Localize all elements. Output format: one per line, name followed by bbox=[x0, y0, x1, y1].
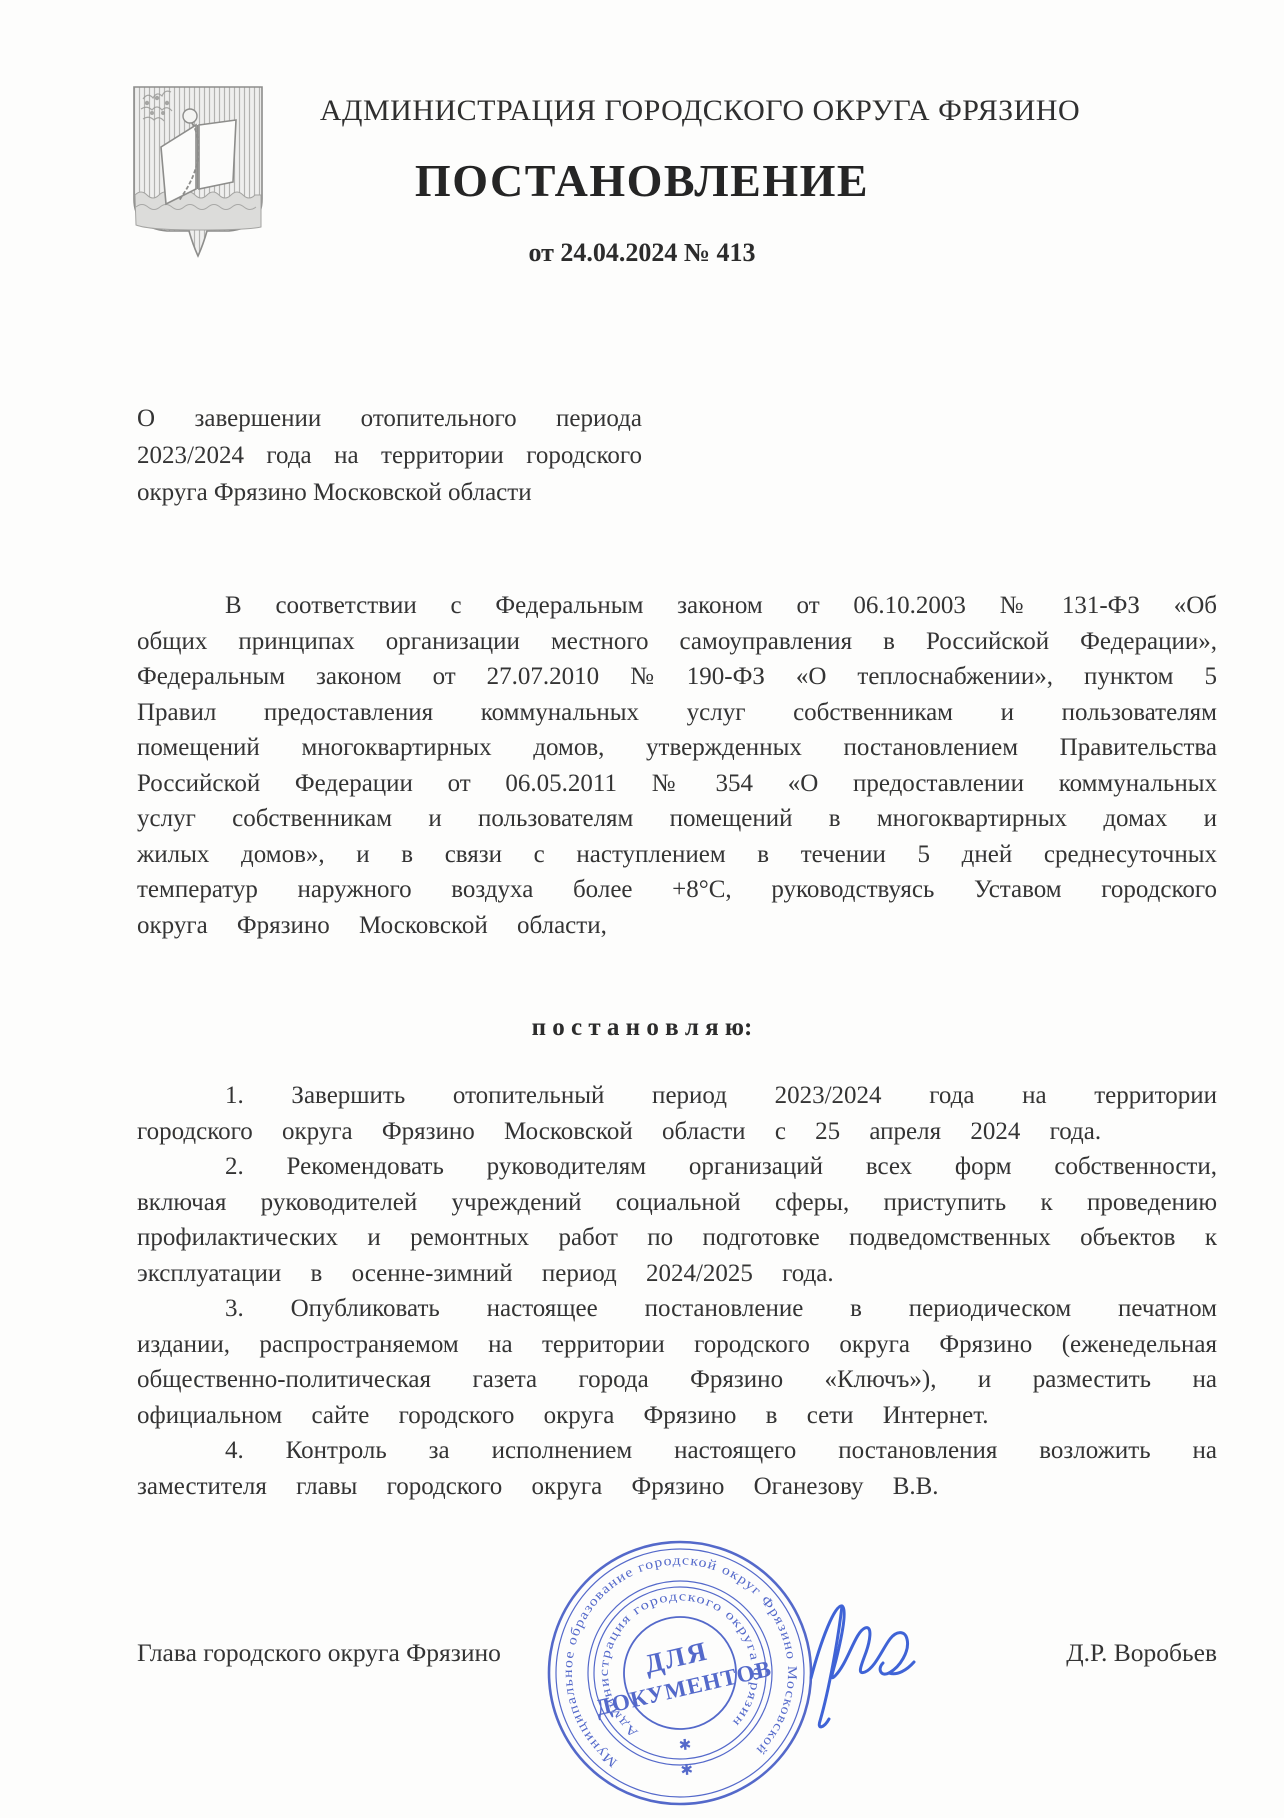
document-page: АДМИНИСТРАЦИЯ ГОРОДСКОГО ОКРУГА ФРЯЗИНО … bbox=[0, 0, 1284, 1818]
doc-date-number: от 24.04.2024 № 413 bbox=[0, 238, 1284, 268]
resolution-item-1: 1. Завершить отопительный период 2023/20… bbox=[137, 1078, 1217, 1149]
resolution-item-4: 4. Контроль за исполнением настоящего по… bbox=[137, 1433, 1217, 1504]
handwritten-signature bbox=[793, 1578, 943, 1748]
doc-subject: О завершении отопительного периода 2023/… bbox=[137, 400, 642, 511]
stamp-star-outer: ✱ bbox=[680, 1762, 694, 1779]
doc-type-title: ПОСТАНОВЛЕНИЕ bbox=[0, 154, 1284, 207]
official-stamp: Муниципальное образование городской окру… bbox=[536, 1529, 824, 1817]
preamble-paragraph: В соответствии с Федеральным законом от … bbox=[137, 588, 1217, 943]
resolution-item-3: 3. Опубликовать настоящее постановление … bbox=[137, 1291, 1217, 1433]
resolve-word: п о с т а н о в л я ю: bbox=[0, 1014, 1284, 1042]
signatory-title: Глава городского округа Фрязино bbox=[137, 1638, 501, 1668]
stamp-star-inner: ✱ bbox=[678, 1737, 692, 1754]
quill-knob bbox=[183, 109, 197, 123]
resolution-items: 1. Завершить отопительный период 2023/20… bbox=[137, 1078, 1217, 1504]
org-name: АДМИНИСТРАЦИЯ ГОРОДСКОГО ОКРУГА ФРЯЗИНО bbox=[250, 94, 1150, 128]
signatory-name: Д.Р. Воробьев bbox=[1066, 1638, 1217, 1668]
resolution-item-2: 2. Рекомендовать руководителям организац… bbox=[137, 1149, 1217, 1291]
